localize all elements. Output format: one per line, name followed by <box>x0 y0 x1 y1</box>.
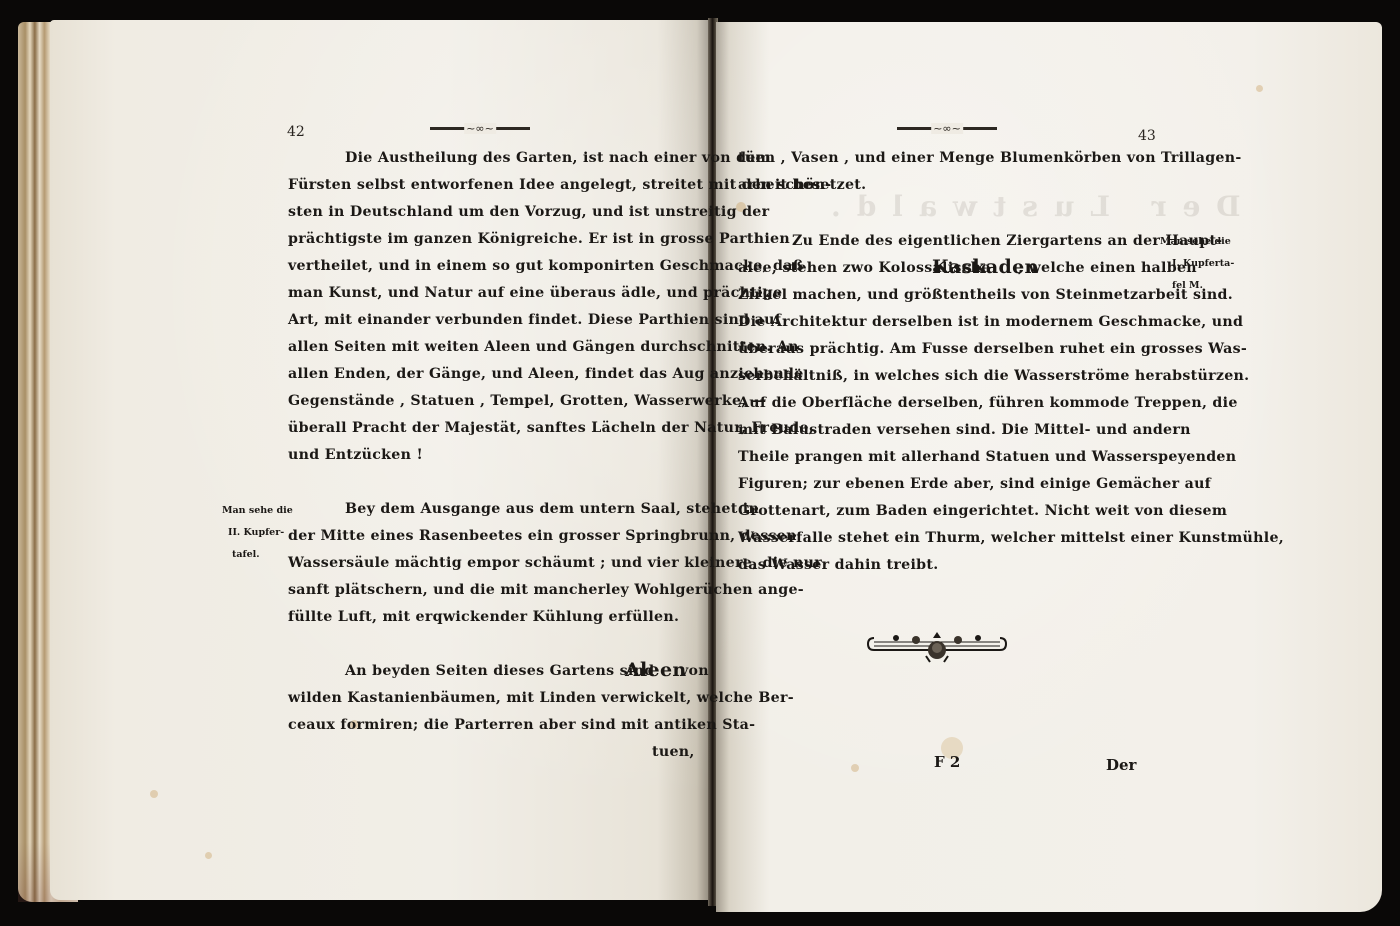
foxing-spot <box>851 764 859 772</box>
text-line: arbeit besetzet. <box>738 172 866 199</box>
margin-note-line: tafel. <box>232 544 260 566</box>
text-line: und Entzücken ! <box>288 442 423 469</box>
text-line: serbehältniß, in welches sich die Wasser… <box>738 363 1155 390</box>
rule-ornament-icon: ~∞~ <box>931 123 963 134</box>
margin-note-line: I. Kupferta- <box>1172 253 1234 275</box>
margin-note-line: II. Kupfer- <box>228 522 284 544</box>
foxing-spot <box>1256 85 1263 92</box>
text-line: wilden Kastanienbäumen, mit Linden verwi… <box>288 685 707 712</box>
text-line: sten in Deutschland um den Vorzug, und i… <box>288 199 707 226</box>
text-line: An beyden Seiten dieses Gartens sind <box>345 658 654 685</box>
text-line: Theile prangen mit allerhand Statuen und… <box>738 444 1155 471</box>
open-book: 42 ~∞~ Die Austheilung des Garten, ist n… <box>0 0 1400 926</box>
text-line: von <box>680 658 709 685</box>
text-line: Wassersäule mächtig empor schäumt ; und … <box>288 550 707 577</box>
emphasized-word: Aleen <box>625 657 686 684</box>
text-line: Bey dem Ausgange aus dem untern Saal, st… <box>345 496 707 523</box>
header-rule: ~∞~ <box>430 127 530 130</box>
text-line: Wasserfalle stehet ein Thurm, welcher mi… <box>738 525 1155 552</box>
page-number: 43 <box>1138 128 1156 144</box>
text-line: mit Balustraden versehen sind. Die Mitte… <box>738 417 1155 444</box>
catchword: Der <box>1106 756 1136 774</box>
header-rule: ~∞~ <box>897 127 997 130</box>
text-line: überaus prächtig. Am Fusse derselben ruh… <box>738 336 1155 363</box>
margin-note-line: Man sehe die <box>1160 231 1231 253</box>
text-line: Gegenstände , Statuen , Tempel, Grotten,… <box>288 388 707 415</box>
text-line: tuen, <box>652 739 695 766</box>
text-line: allen Enden, der Gänge, und Aleen, finde… <box>288 361 707 388</box>
text-line: Grottenart, zum Baden eingerichtet. Nich… <box>738 498 1155 525</box>
text-line: , welche einen halben <box>1018 255 1197 282</box>
text-line: überall Pracht der Majestät, sanftes Läc… <box>288 415 707 442</box>
text-line: füllte Luft, mit erqwickender Kühlung er… <box>288 604 679 631</box>
text-line: Die Architektur derselben ist in moderne… <box>738 309 1155 336</box>
text-line: Figuren; zur ebenen Erde aber, sind eini… <box>738 471 1155 498</box>
text-line: das Wasser dahin treibt. <box>738 552 938 579</box>
text-line: sanft plätschern, und die mit mancherley… <box>288 577 707 604</box>
text-line: Fürsten selbst entworfenen Idee angelegt… <box>288 172 707 199</box>
rule-ornament-icon: ~∞~ <box>464 123 496 134</box>
text-line: ceaux formiren; die Parterren aber sind … <box>288 712 707 739</box>
text-line: allen Seiten mit weiten Aleen und Gängen… <box>288 334 707 361</box>
floral-tailpiece-icon <box>866 628 1008 664</box>
text-line: man Kunst, und Natur auf eine überaus äd… <box>288 280 707 307</box>
margin-note-line: fel M. <box>1172 275 1203 297</box>
foxing-spot <box>205 852 212 859</box>
margin-note-line: Man sehe die <box>222 500 293 522</box>
text-line: Zu Ende des eigentlichen Ziergartens an … <box>792 228 1155 255</box>
text-line: der Mitte eines Rasenbeetes ein grosser … <box>288 523 707 550</box>
text-line: Zirkel machen, und größtentheils von Ste… <box>738 282 1155 309</box>
text-line: Auf die Oberfläche derselben, führen kom… <box>738 390 1155 417</box>
signature-mark: F 2 <box>934 753 960 771</box>
foxing-spot <box>150 790 158 798</box>
text-line: vertheilet, und in einem so gut komponir… <box>288 253 707 280</box>
text-line: Art, mit einander verbunden findet. Dies… <box>288 307 707 334</box>
text-line: Die Austheilung des Garten, ist nach ein… <box>345 145 707 172</box>
text-line: tüen , Vasen , und einer Menge Blumenkör… <box>738 145 1155 172</box>
page-number: 42 <box>287 124 305 140</box>
show-through-heading: Der Lustwald. <box>815 190 1241 223</box>
text-line: prächtigste im ganzen Königreiche. Er is… <box>288 226 707 253</box>
